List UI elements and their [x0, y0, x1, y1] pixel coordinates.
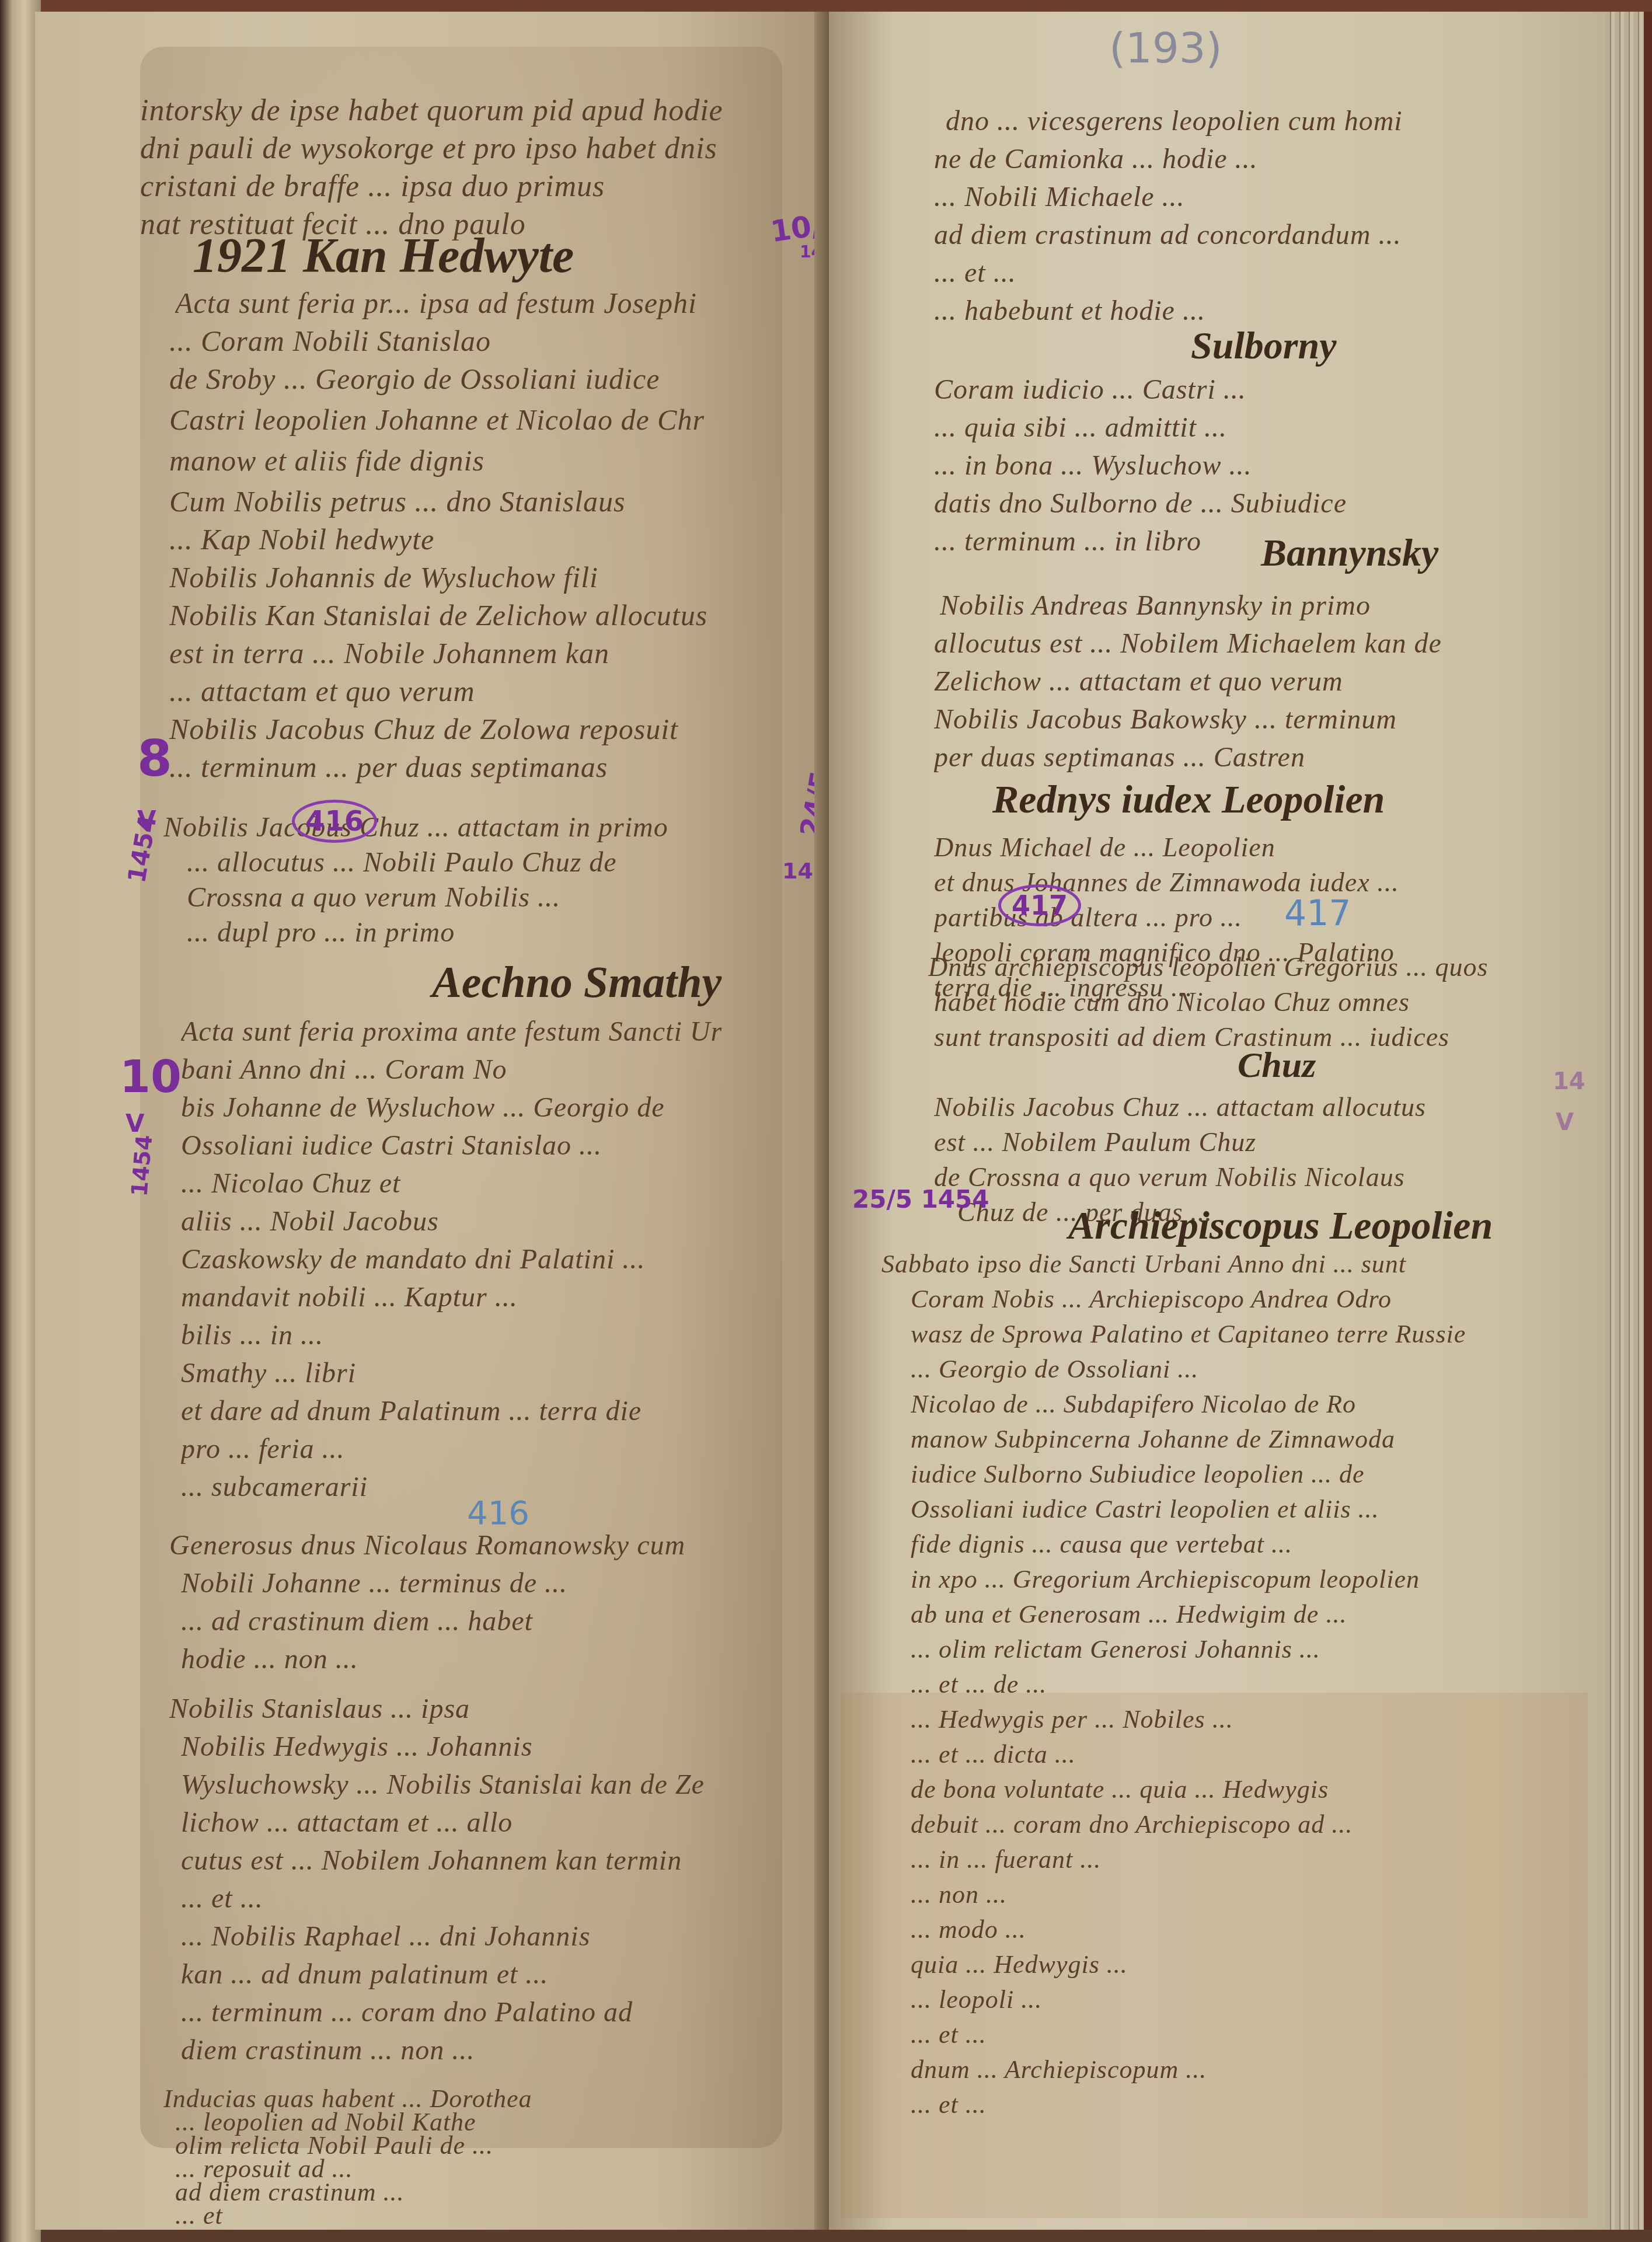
text-line: ... allocutus ... Nobili Paulo Chuz de — [187, 846, 788, 878]
text-line: ... non ... — [911, 1880, 1559, 1909]
text-line: ... terminum ... per duas septimanas — [169, 750, 788, 784]
text-line: ... terminum ... coram dno Palatino ad — [181, 1996, 788, 2028]
text-line: ... et ... de ... — [911, 1669, 1559, 1699]
text-line: Nobili Johanne ... terminus de ... — [181, 1567, 788, 1599]
text-line: Sabbato ipso die Sancti Urbani Anno dni … — [881, 1249, 1559, 1279]
text-line: Nobilis Kan Stanislai de Zelichow allocu… — [169, 598, 788, 632]
text-line: Wysluchowsky ... Nobilis Stanislai kan d… — [181, 1769, 788, 1801]
text-line: Nobilis Andreas Bannynsky in primo — [940, 590, 1559, 622]
entry-heading: Archiepiscopus Leopolien — [1068, 1202, 1493, 1249]
text-line: fide dignis ... causa que vertebat ... — [911, 1529, 1559, 1559]
text-line: datis dno Sulborno de ... Subiudice — [934, 487, 1559, 519]
text-line: est in terra ... Nobile Johannem kan — [169, 636, 788, 670]
text-line: ... ad crastinum diem ... habet — [181, 1605, 788, 1637]
text-line: Dnus archiepiscopus leopolien Gregorius … — [928, 951, 1559, 982]
text-line: manow et aliis fide dignis — [169, 444, 788, 477]
text-line: Nobilis Jacobus Bakowsky ... terminum — [934, 703, 1559, 735]
text-line: Acta sunt feria proxima ante festum Sanc… — [181, 1016, 788, 1048]
text-line: Nobilis Stanislaus ... ipsa — [169, 1693, 788, 1725]
text-line: Castri leopolien Johanne et Nicolao de C… — [169, 403, 788, 437]
text-line: Czaskowsky de mandato dni Palatini ... — [181, 1243, 788, 1275]
text-line: dno ... vicesgerens leopolien cum homi — [946, 105, 1559, 137]
text-line: bani Anno dni ... Coram No — [181, 1054, 788, 1086]
text-line: ... terminum ... in libro — [934, 525, 1559, 557]
text-line: ... Nobili Michaele ... — [934, 181, 1559, 213]
annotation-entry-number: 417 — [1284, 893, 1351, 934]
text-line: Coram iudicio ... Castri ... — [934, 374, 1559, 406]
text-line: debuit ... coram dno Archiepiscopo ad ..… — [911, 1809, 1559, 1839]
text-line: diem crastinum ... non ... — [181, 2034, 788, 2066]
text-line: allocutus est ... Nobilem Michaelem kan … — [934, 627, 1559, 660]
text-line: est ... Nobilem Paulum Chuz — [934, 1127, 1559, 1157]
text-line: ... et ... dicta ... — [911, 1739, 1559, 1769]
text-line: et dare ad dnum Palatinum ... terra die — [181, 1395, 788, 1427]
text-line: Cum Nobilis petrus ... dno Stanislaus — [169, 484, 788, 518]
annotation-date-day: 10 — [120, 1051, 182, 1103]
annotation-faint: V — [1556, 1109, 1574, 1136]
text-line: habet hodie cum dno Nicolao Chuz omnes — [934, 986, 1559, 1017]
annotation-entry-number: 416 — [467, 1494, 529, 1532]
text-line: ... Nicolao Chuz et — [181, 1167, 788, 1200]
entry-heading: Sulborny — [1191, 324, 1336, 368]
annotation-entry-number: 417 — [998, 884, 1081, 926]
text-line: iudice Sulborno Subiudice leopolien ... … — [911, 1459, 1559, 1489]
text-line: ... Georgio de Ossoliani ... — [911, 1354, 1559, 1384]
annotation-entry-number: 416 — [292, 800, 377, 843]
annotation-date-day: 8 — [137, 730, 172, 788]
entry-heading: Rednys iudex Leopolien — [992, 776, 1385, 822]
right-page-stack-edge — [1605, 12, 1652, 2230]
text-line: aliis ... Nobil Jacobus — [181, 1205, 788, 1237]
text-line: cristani de braffe ... ipsa duo primus — [140, 169, 794, 204]
text-line: dnum ... Archiepiscopum ... — [911, 2055, 1559, 2084]
folio-number: (193) — [1109, 23, 1222, 72]
text-line: Crossna a quo verum Nobilis ... — [187, 881, 788, 913]
text-line: dni pauli de wysokorge et pro ipso habet… — [140, 131, 794, 166]
text-line: ... et ... — [181, 1882, 788, 1915]
text-line: Nobilis Jacobus Chuz ... attactam in pri… — [163, 811, 788, 843]
text-line: per duas septimanas ... Castren — [934, 741, 1559, 773]
entry-heading: Aechno Smathy — [432, 957, 722, 1008]
text-line: ... Kap Nobil hedwyte — [169, 522, 788, 556]
text-line: wasz de Sprowa Palatino et Capitaneo ter… — [911, 1319, 1559, 1349]
entry-heading: Chuz — [1238, 1045, 1316, 1086]
text-line: Coram Nobis ... Archiepiscopo Andrea Odr… — [911, 1284, 1559, 1314]
text-line: bilis ... in ... — [181, 1319, 788, 1351]
text-line: ad diem crastinum ad concordandum ... — [934, 219, 1559, 251]
text-line: Nicolao de ... Subdapifero Nicolao de Ro — [911, 1389, 1559, 1419]
text-line: ne de Camionka ... hodie ... — [934, 143, 1559, 175]
text-line: kan ... ad dnum palatinum et ... — [181, 1958, 788, 1990]
text-line: ... in ... fuerant ... — [911, 1844, 1559, 1874]
text-line: ... Coram Nobili Stanislao — [169, 324, 788, 358]
text-line: Acta sunt feria pr... ipsa ad festum Jos… — [175, 286, 794, 320]
text-line: ... et ... — [934, 257, 1559, 289]
text-line: Generosus dnus Nicolaus Romanowsky cum — [169, 1529, 788, 1561]
text-line: ... olim relictam Generosi Johannis ... — [911, 1634, 1559, 1664]
text-line: ... Nobilis Raphael ... dni Johannis — [181, 1920, 788, 1952]
text-line: ... modo ... — [911, 1915, 1559, 1944]
text-line: Dnus Michael de ... Leopolien — [934, 832, 1559, 863]
text-line: Ossoliani iudice Castri leopolien et ali… — [911, 1494, 1559, 1524]
entry-heading: Bannynsky — [1261, 531, 1438, 576]
text-line: ... leopoli ... — [911, 1985, 1559, 2014]
annotation-faint: 14 — [1553, 1068, 1585, 1095]
text-line: ... dupl pro ... in primo — [187, 916, 788, 949]
entry-heading: 1921 Kan Hedwyte — [193, 228, 574, 284]
text-line: ... attactam et quo verum — [169, 674, 788, 708]
annotation-date-month: V — [126, 1109, 145, 1138]
text-line: Nobilis Johannis de Wysluchow fili — [169, 560, 788, 594]
text-line: ... Hedwygis per ... Nobiles ... — [911, 1704, 1559, 1734]
annotation-date: 25/5 1454 — [852, 1185, 989, 1214]
text-line: pro ... feria ... — [181, 1433, 788, 1465]
text-line: manow Subpincerna Johanne de Zimnawoda — [911, 1424, 1559, 1454]
text-line: ... habebunt et hodie ... — [934, 295, 1559, 327]
text-line: de Crossna a quo verum Nobilis Nicolaus — [934, 1162, 1559, 1193]
text-line: ... et ... — [911, 2090, 1559, 2119]
text-line: hodie ... non ... — [181, 1643, 788, 1675]
annotation-year: 1454 — [126, 1134, 157, 1197]
text-line: bis Johanne de Wysluchow ... Georgio de — [181, 1092, 788, 1124]
text-line: lichow ... attactam et ... allo — [181, 1807, 788, 1839]
text-line: ... et — [175, 2201, 788, 2230]
text-line: de bona voluntate ... quia ... Hedwygis — [911, 1774, 1559, 1804]
text-line: in xpo ... Gregorium Archiepiscopum leop… — [911, 1564, 1559, 1594]
text-line: mandavit nobili ... Kaptur ... — [181, 1281, 788, 1313]
text-line: quia ... Hedwygis ... — [911, 1950, 1559, 1979]
text-line: cutus est ... Nobilem Johannem kan termi… — [181, 1844, 788, 1877]
text-line: ... quia sibi ... admittit ... — [934, 412, 1559, 444]
text-line: intorsky de ipse habet quorum pid apud h… — [140, 93, 794, 128]
text-line: Nobilis Hedwygis ... Johannis — [181, 1731, 788, 1763]
text-line: Ossoliani iudice Castri Stanislao ... — [181, 1129, 788, 1162]
text-line: Zelichow ... attactam et quo verum — [934, 665, 1559, 698]
text-line: Smathy ... libri — [181, 1357, 788, 1389]
text-line: ... et ... — [911, 2020, 1559, 2049]
text-line: de Sroby ... Georgio de Ossoliani iudice — [169, 362, 788, 396]
text-line: ab una et Generosam ... Hedwigim de ... — [911, 1599, 1559, 1629]
text-line: Nobilis Jacobus Chuz ... attactam allocu… — [934, 1092, 1559, 1122]
text-line: Nobilis Jacobus Chuz de Zolowa reposuit — [169, 712, 788, 746]
text-line: ... in bona ... Wysluchow ... — [934, 449, 1559, 482]
